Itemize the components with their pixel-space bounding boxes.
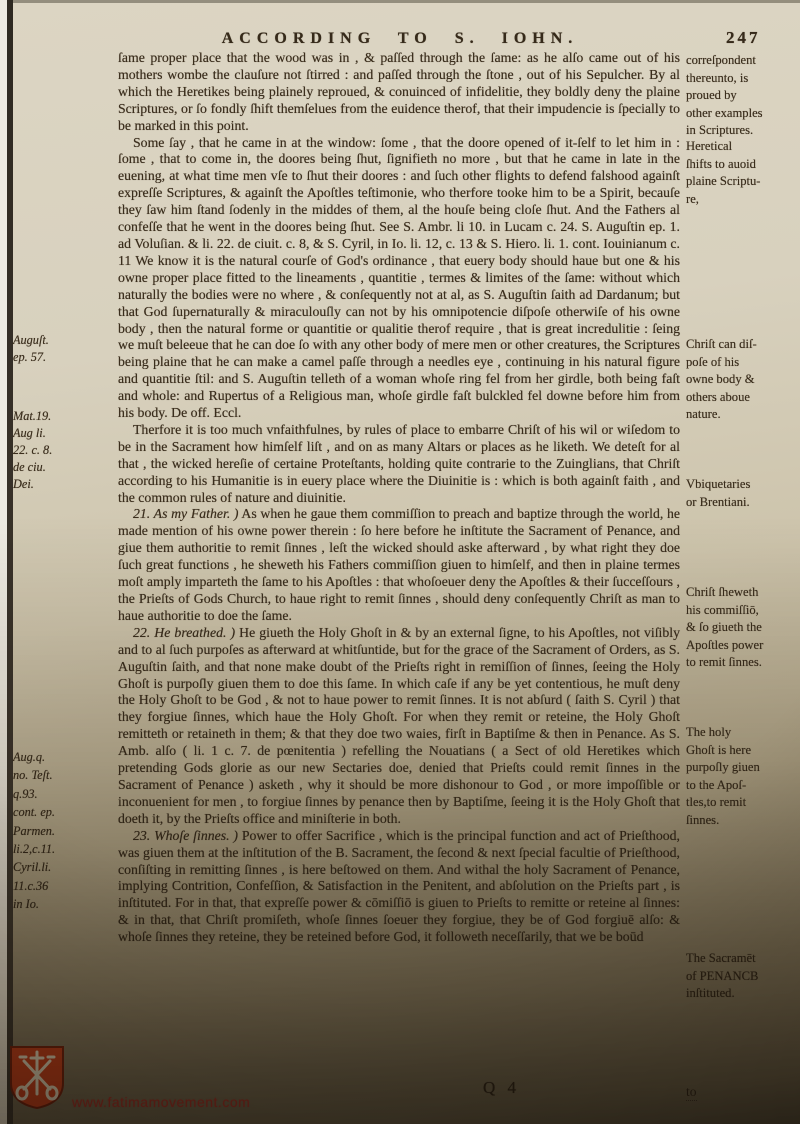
watermark-url: www.fatimamovement.com (72, 1094, 250, 1110)
running-header-title: ACCORDING TO S. IOHN. (130, 30, 670, 48)
margin-note-left: Auguſt. ep. 57. (13, 332, 115, 366)
paragraph-text: He giueth the Holy Ghoſt in & by an exte… (118, 625, 680, 826)
paragraph-text: Some ſay , that he came in at the window… (118, 135, 680, 421)
margin-note-left: Aug.q. no. Teſt. q.93. cont. ep. Parmen.… (13, 748, 115, 914)
page-top-shadow (13, 0, 800, 3)
margin-note-right: correſpondent thereunto, is proued by ot… (686, 52, 796, 140)
catchword: to (686, 1084, 697, 1101)
paragraph-text: ſame proper place that the wood was in ,… (118, 50, 680, 133)
paragraph-text: Therfore it is too much vnfaithfulnes, b… (118, 422, 680, 505)
paragraph: Therfore it is too much vnfaithfulnes, b… (118, 422, 680, 507)
paragraph: 21. As my Father. ) As when he gaue them… (118, 506, 680, 624)
paragraph: 23. Whoſe ſinnes. ) Power to offer Sacri… (118, 828, 680, 946)
page-number: 247 (726, 28, 761, 48)
margin-note-right: Chriſt ſheweth his commiſſiō, & ſo giuet… (686, 584, 796, 672)
paragraph-text: As when he gaue them commiſſion to preac… (118, 506, 680, 622)
scanned-book-page: ACCORDING TO S. IOHN. 247 ſame proper pl… (0, 0, 800, 1124)
paragraph-text: Power to offer Sacrifice , which is the … (118, 828, 680, 944)
scan-left-edge (0, 0, 7, 1124)
crossed-keys-shield-icon (8, 1044, 66, 1110)
margin-note-left: Mat.19. Aug li. 22. c. 8. de ciu. Dei. (13, 408, 115, 493)
paragraph-lead: 23. Whoſe ſinnes. ) (133, 828, 238, 843)
margin-note-right: The holy Ghoſt is here purpoſly giuen to… (686, 724, 796, 829)
margin-note-right: Vbiquetaries or Brentiani. (686, 476, 796, 511)
body-text-column: ſame proper place that the wood was in ,… (118, 50, 680, 946)
paragraph: 22. He breathed. ) He giueth the Holy Gh… (118, 625, 680, 828)
paragraph-lead: 22. He breathed. ) (133, 625, 235, 640)
paragraph-lead: 21. As my Father. ) (133, 506, 239, 521)
paragraph: Some ſay , that he came in at the window… (118, 135, 680, 422)
margin-note-right: Heretical ſhifts to auoid plaine Scriptu… (686, 138, 796, 208)
margin-note-right: Chriſt can diſ- poſe of his owne body & … (686, 336, 796, 424)
margin-note-right: The Sacramēt of PENANCB inſtituted. (686, 950, 796, 1003)
page-left-shadow (7, 0, 13, 1124)
paragraph: ſame proper place that the wood was in ,… (118, 50, 680, 135)
signature-mark: Q 4 (483, 1078, 520, 1098)
